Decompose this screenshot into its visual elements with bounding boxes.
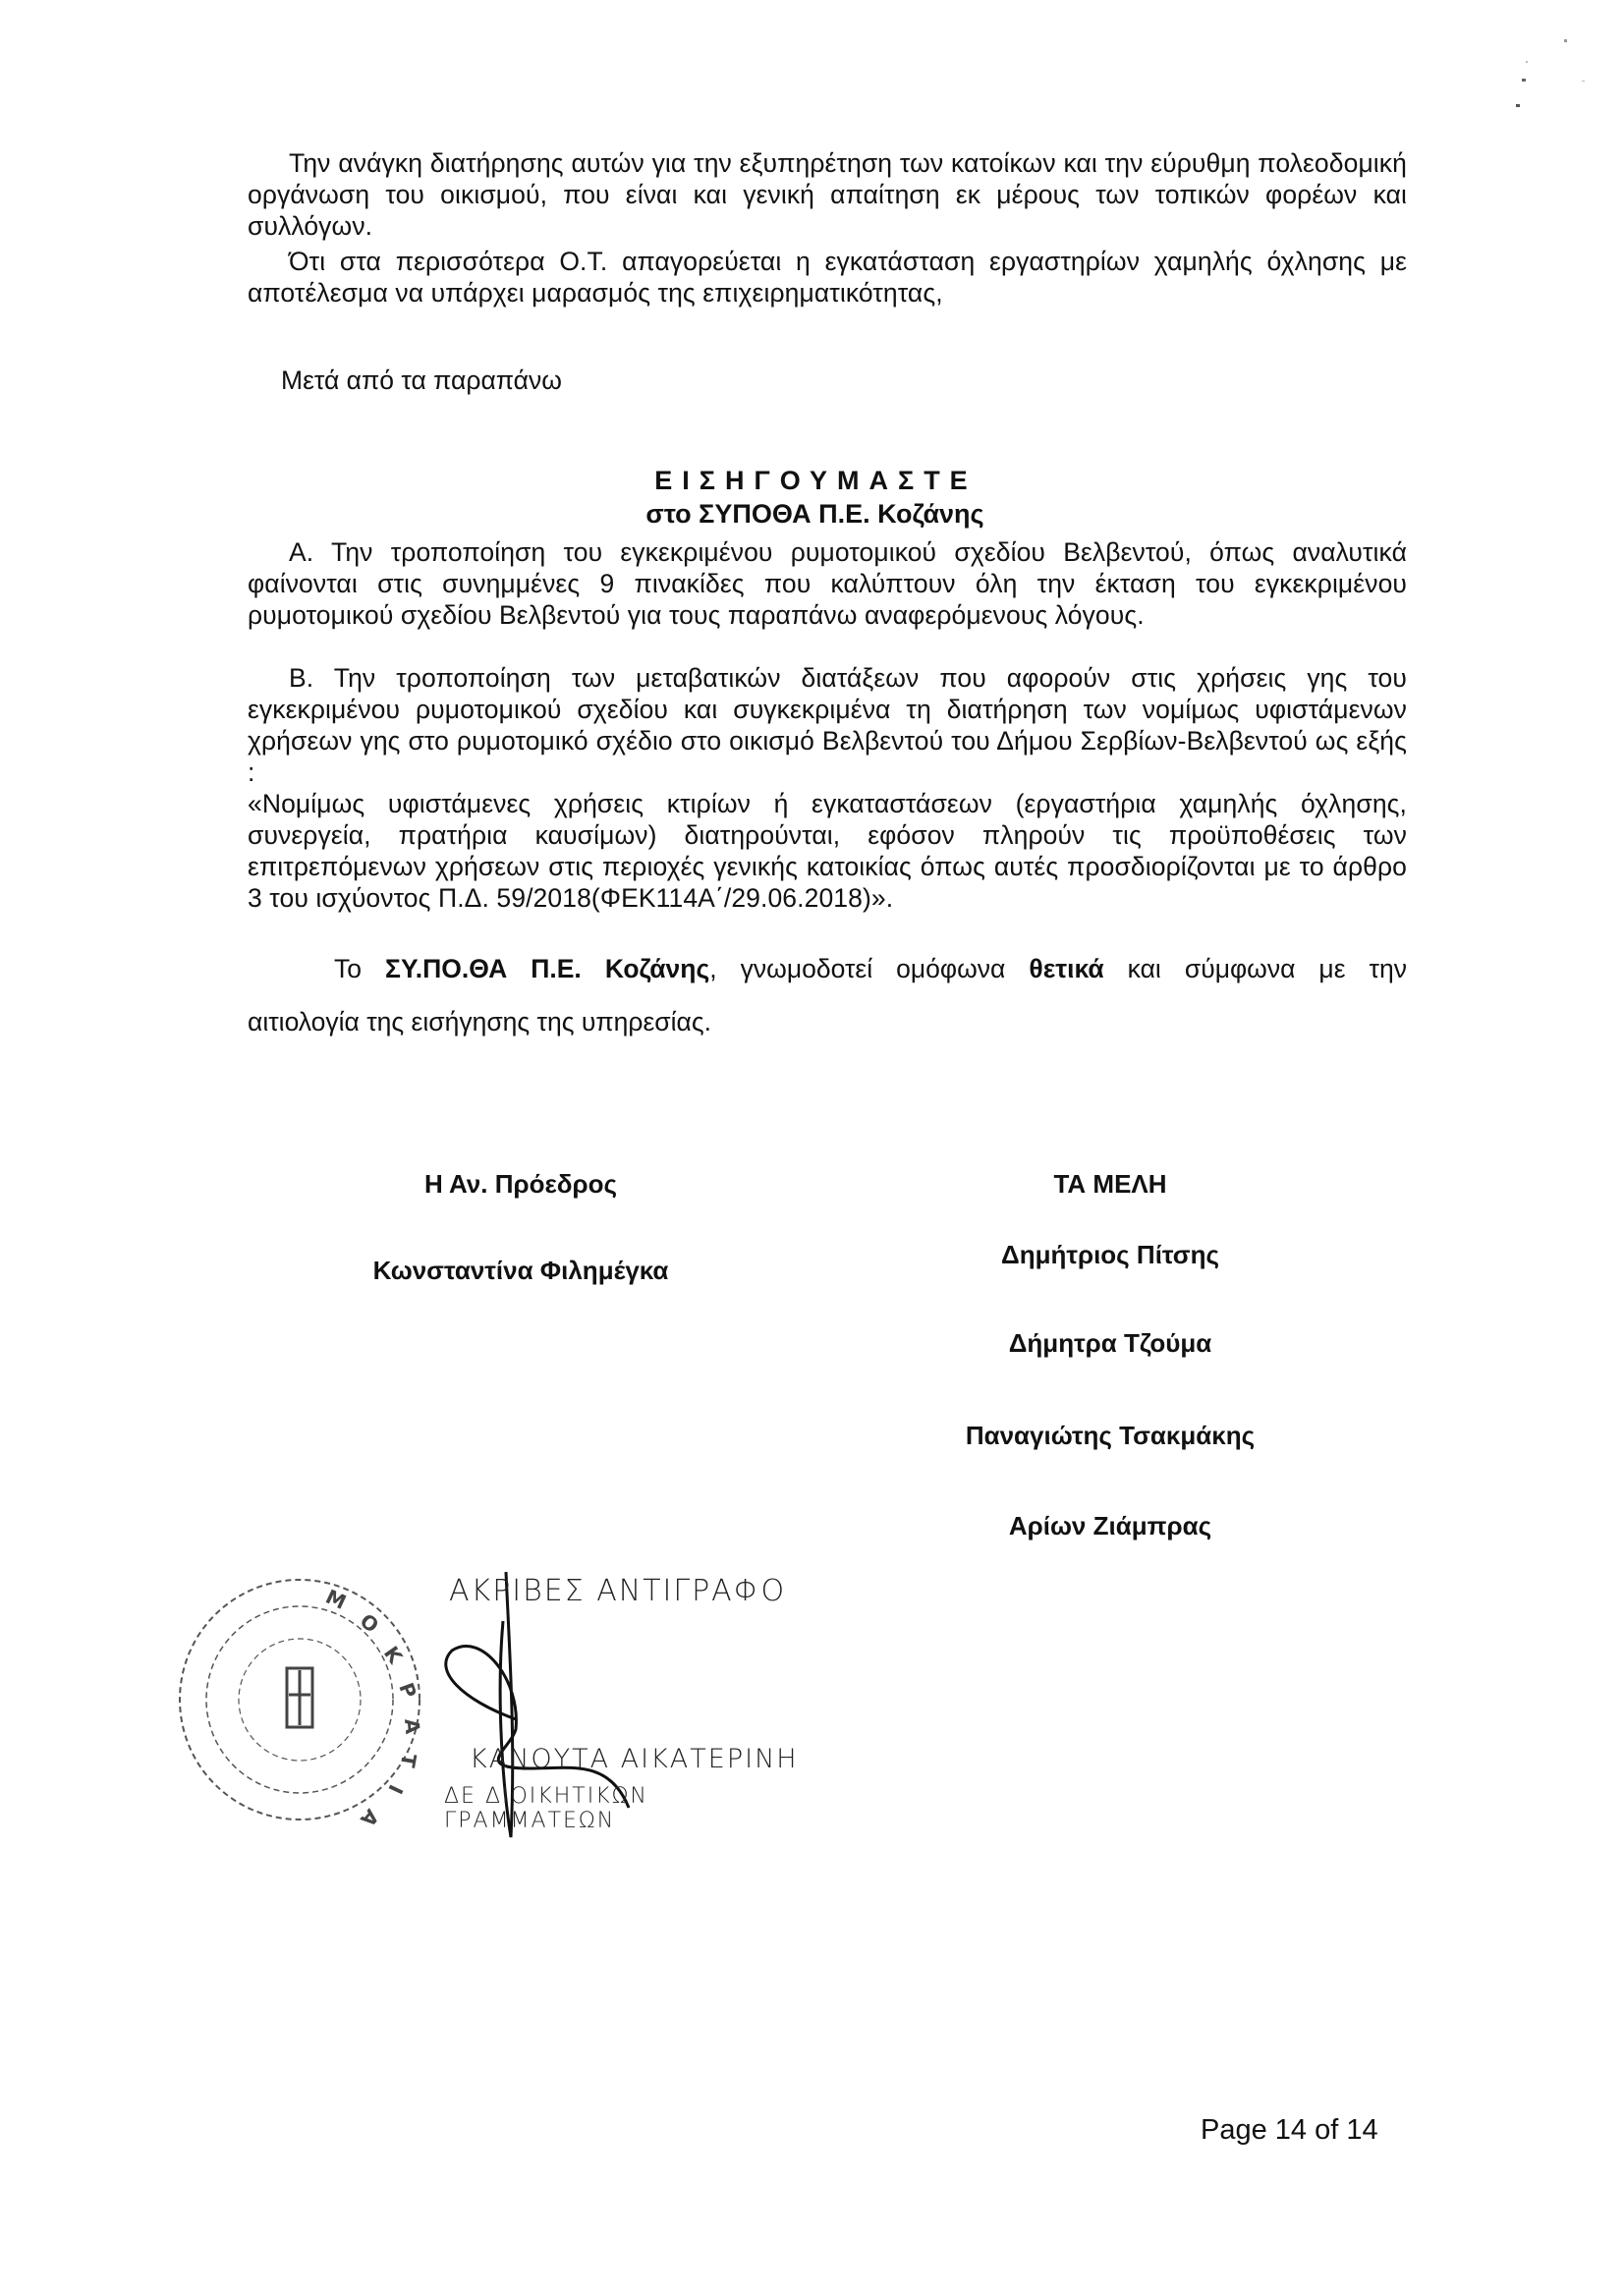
svg-text:Α: Α bbox=[400, 1717, 424, 1735]
opinion-prefix: Το bbox=[334, 954, 385, 983]
paragraph-text: Ότι στα περισσότερα Ο.Τ. απαγορεύεται η … bbox=[248, 246, 1407, 308]
official-role: ΔΕ ΔΙΟΙΚΗΤΙΚΩΝ ΓΡΑΜΜΑΤΕΩΝ bbox=[444, 1784, 806, 1833]
paragraph-prohibition: Ότι στα περισσότερα Ο.Τ. απαγορεύεται η … bbox=[248, 246, 1407, 308]
opinion-middle: , γνωμοδοτεί ομόφωνα bbox=[709, 954, 1029, 983]
paragraph-text: Την ανάγκη διατήρησης αυτών για την εξυπ… bbox=[248, 147, 1407, 242]
proposal-a: Α. Την τροποποίηση του εγκεκριμένου ρυμο… bbox=[248, 536, 1407, 631]
proposal-a-text: Α. Την τροποποίηση του εγκεκριμένου ρυμο… bbox=[248, 536, 1407, 631]
member-name: Δήμητρα Τζούμα bbox=[884, 1328, 1336, 1359]
proposal-quote: «Νομίμως υφιστάμενες χρήσεις κτιρίων ή ε… bbox=[248, 788, 1407, 914]
certification-stamp: Μ Ο Κ Ρ Α Τ Ι Α ΑΚΡΙΒΕΣ ΑΝΤΙΓΡΑΦΟ ΚΑΝΟΥΤ… bbox=[177, 1562, 806, 1857]
official-name: ΚΑΝΟΥΤΑ ΑΙΚΑΤΕΡΙΝΗ bbox=[470, 1744, 799, 1774]
chair-title: Η Αν. Πρόεδρος bbox=[295, 1169, 747, 1200]
heading-subtitle: στο ΣΥΠΟΘΑ Π.Ε. Κοζάνης bbox=[6, 497, 1624, 531]
svg-text:Ο: Ο bbox=[356, 1608, 383, 1637]
page-number: Page 14 of 14 bbox=[1201, 2114, 1378, 2147]
svg-text:Ρ: Ρ bbox=[394, 1680, 421, 1702]
document-page: Την ανάγκη διατήρησης αυτών για την εξυπ… bbox=[0, 0, 1624, 2296]
members-title: ΤΑ ΜΕΛΗ bbox=[884, 1169, 1336, 1200]
opinion-verdict: θετικά bbox=[1029, 954, 1103, 983]
scan-artifacts bbox=[1513, 29, 1592, 118]
svg-text:Ι: Ι bbox=[383, 1781, 408, 1798]
member-name: Παναγιώτης Τσακμάκης bbox=[884, 1421, 1336, 1451]
proposal-heading: ΕΙΣΗΓΟΥΜΑΣΤΕ στο ΣΥΠΟΘΑ Π.Ε. Κοζάνης bbox=[0, 464, 1624, 531]
svg-text:Α: Α bbox=[356, 1805, 384, 1832]
certified-copy-label: ΑΚΡΙΒΕΣ ΑΝΤΙΓΡΑΦΟ bbox=[449, 1574, 786, 1608]
member-name: Δημήτριος Πίτσης bbox=[884, 1240, 1336, 1270]
heading-title: ΕΙΣΗΓΟΥΜΑΣΤΕ bbox=[8, 464, 1624, 497]
svg-text:Κ: Κ bbox=[379, 1642, 408, 1669]
proposal-b: Β. Την τροποποίηση των μεταβατικών διατά… bbox=[248, 662, 1407, 788]
member-name: Αρίων Ζιάμπρας bbox=[884, 1511, 1336, 1541]
transition-text: Μετά από τα παραπάνω bbox=[281, 365, 562, 396]
opinion-suffix: και σύμφωνα με την bbox=[1104, 954, 1407, 983]
opinion-line-2: αιτιολογία της εισήγησης της υπηρεσίας. bbox=[248, 1006, 1407, 1037]
proposal-b-text: Β. Την τροποποίηση των μεταβατικών διατά… bbox=[248, 662, 1407, 788]
committee-name: ΣΥ.ΠΟ.ΘΑ Π.Ε. Κοζάνης bbox=[385, 954, 709, 983]
quote-text: «Νομίμως υφιστάμενες χρήσεις κτιρίων ή ε… bbox=[248, 788, 1407, 914]
chair-name: Κωνσταντίνα Φιλημέγκα bbox=[295, 1256, 747, 1286]
opinion-line-1: Το ΣΥ.ΠΟ.ΘΑ Π.Ε. Κοζάνης, γνωμοδοτεί ομό… bbox=[248, 953, 1407, 984]
committee-opinion: Το ΣΥ.ΠΟ.ΘΑ Π.Ε. Κοζάνης, γνωμοδοτεί ομό… bbox=[248, 953, 1407, 1037]
paragraph-need-preservation: Την ανάγκη διατήρησης αυτών για την εξυπ… bbox=[248, 147, 1407, 242]
